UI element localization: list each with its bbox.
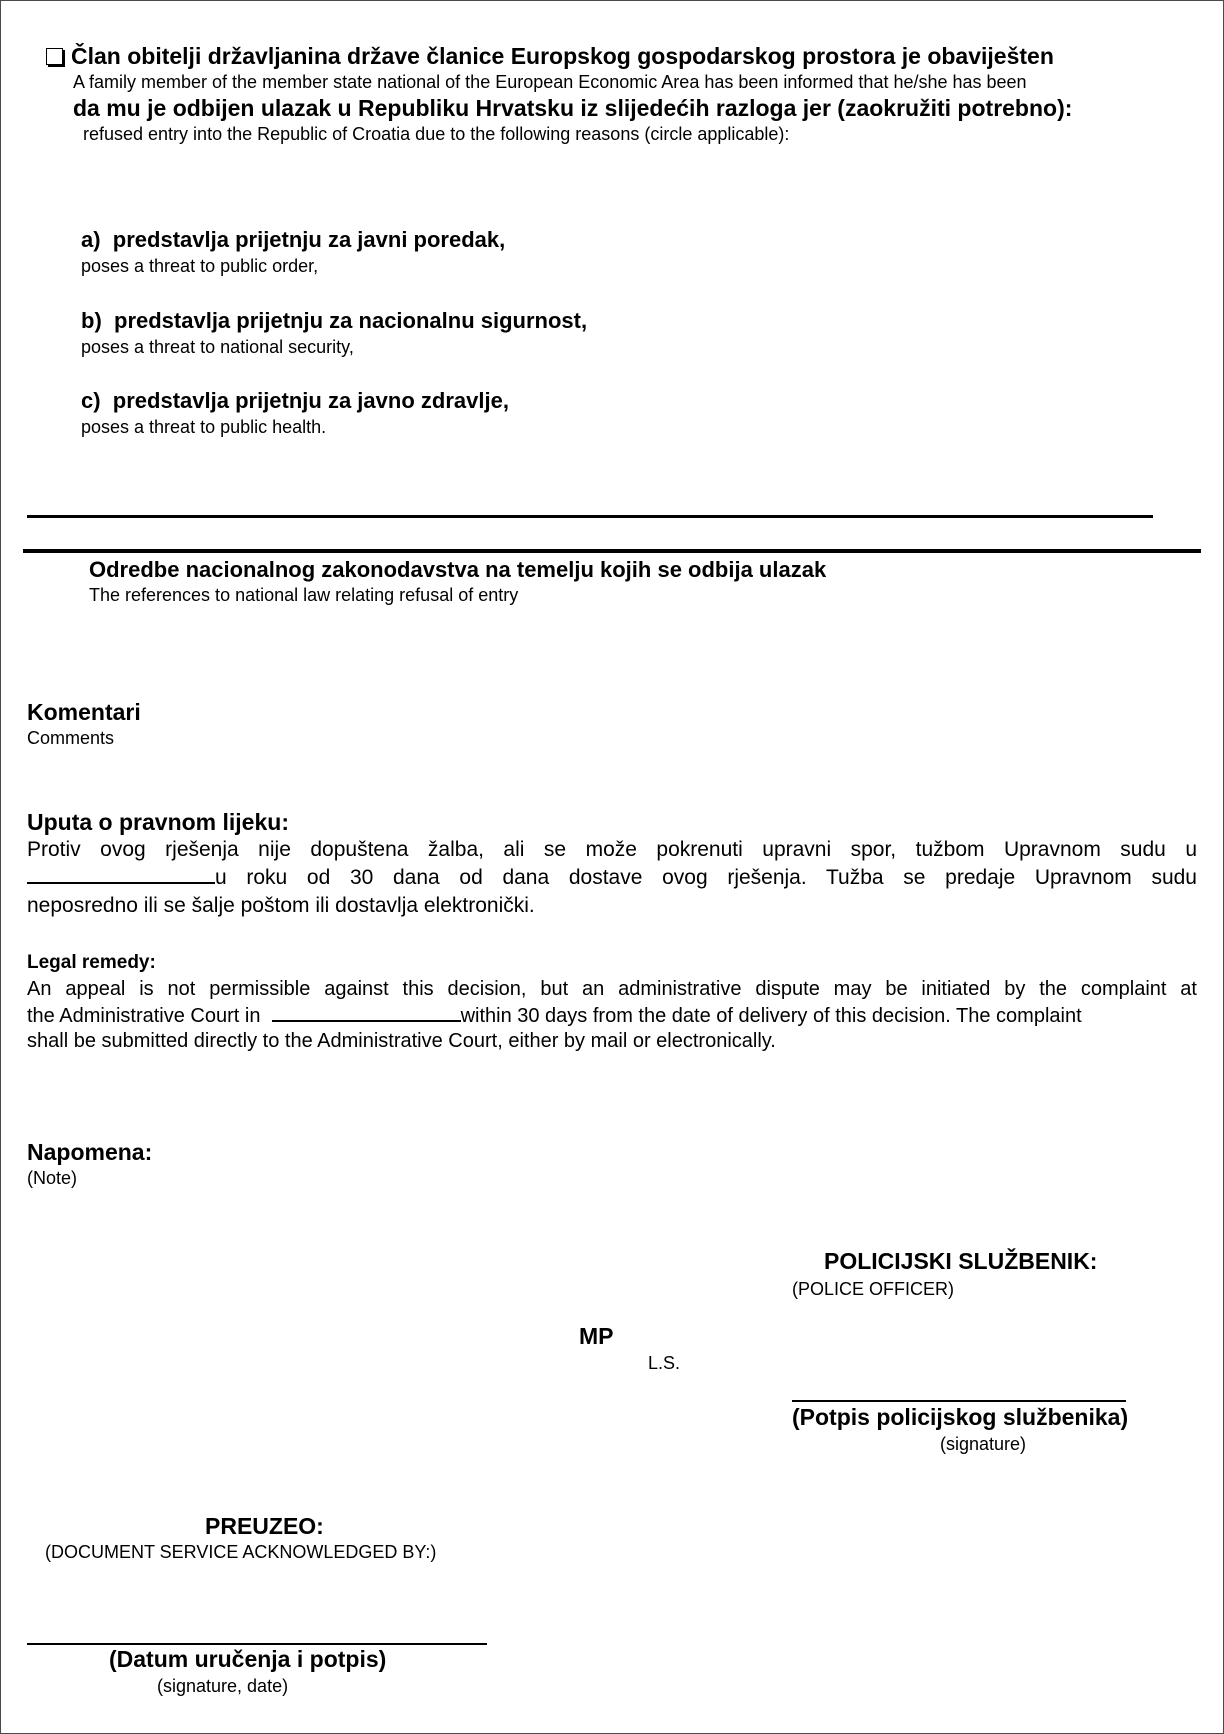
checkbox-empty-icon[interactable] [46,48,63,65]
reason-b-en: poses a threat to national security, [81,337,354,358]
legal-remedy-en-line2-before: the Administrative Court in [27,1005,260,1027]
legal-remedy-hr-title: Uputa o pravnom lijeku: [27,809,289,836]
acknowledged-title-hr: PREUZEO: [205,1513,324,1540]
reason-b-marker: b) [81,308,102,333]
separator-line-2 [23,549,1201,553]
legal-remedy-en-title: Legal remedy: [27,952,156,974]
separator-line-1 [27,515,1153,518]
legal-remedy-en-line2-after: within 30 days from the date of delivery… [461,1005,1082,1027]
reason-a-marker: a) [81,227,101,252]
court-location-blank-en[interactable] [272,1002,461,1022]
header-line2-hr: da mu je odbijen ulazak u Republiku Hrva… [73,95,1072,122]
legal-remedy-hr-text: Protiv ovog rješenja nije dopuštena žalb… [27,836,1197,920]
stamp-label-hr: MP [579,1323,614,1350]
officer-title-hr: POLICIJSKI SLUŽBENIK: [824,1248,1097,1275]
acknowledged-signature-line[interactable] [27,1643,487,1645]
reason-b-hr: predstavlja prijetnju za nacionalnu sigu… [114,308,587,333]
legal-remedy-en-line1: An appeal is not permissible against thi… [27,976,1197,1002]
reason-b[interactable]: b) predstavlja prijetnju za nacionalnu s… [81,308,587,334]
officer-title-en: (POLICE OFFICER) [792,1279,954,1300]
reason-c-marker: c) [81,388,101,413]
national-law-title-en: The references to national law relating … [89,585,518,606]
legal-remedy-en-text: An appeal is not permissible against thi… [27,976,1197,1054]
legal-remedy-en-line2: the Administrative Court in within 30 da… [27,1002,1197,1028]
header-line1-en: A family member of the member state nati… [73,72,1027,93]
legal-remedy-hr-line1: Protiv ovog rješenja nije dopuštena žalb… [27,836,1197,864]
acknowledged-signature-hr: (Datum uručenja i potpis) [109,1646,386,1673]
court-location-blank-hr[interactable] [27,864,215,884]
reason-a-en: poses a threat to public order, [81,256,318,277]
officer-signature-en: (signature) [940,1434,1026,1455]
header-line2-en: refused entry into the Republic of Croat… [83,124,789,145]
legal-remedy-hr-line3: neposredno ili se šalje poštom ili dosta… [27,892,1197,920]
reason-c-hr: predstavlja prijetnju za javno zdravlje, [113,388,509,413]
document-page: Član obitelji državljanina države članic… [0,0,1224,1734]
legal-remedy-hr-line2-text: u roku od 30 dana od dana dostave ovog r… [215,866,1197,889]
national-law-title-hr: Odredbe nacionalnog zakonodavstva na tem… [89,557,826,583]
officer-signature-hr: (Potpis policijskog službenika) [792,1404,1128,1431]
acknowledged-title-en: (DOCUMENT SERVICE ACKNOWLEDGED BY:) [45,1542,436,1563]
stamp-label-en: L.S. [648,1353,680,1374]
header-line1-hr: Član obitelji državljanina države članic… [46,43,1054,70]
note-title-hr: Napomena: [27,1139,152,1166]
reason-c-en: poses a threat to public health. [81,417,326,438]
reason-a[interactable]: a) predstavlja prijetnju za javni poreda… [81,227,505,253]
comments-title-en: Comments [27,728,114,749]
officer-signature-line[interactable] [792,1400,1126,1402]
comments-title-hr: Komentari [27,699,141,726]
note-title-en: (Note) [27,1168,77,1189]
legal-remedy-hr-line2: u roku od 30 dana od dana dostave ovog r… [27,864,1197,892]
reason-c[interactable]: c) predstavlja prijetnju za javno zdravl… [81,388,509,414]
legal-remedy-en-line3: shall be submitted directly to the Admin… [27,1028,1197,1054]
reason-a-hr: predstavlja prijetnju za javni poredak, [113,227,505,252]
header-line1-hr-text: Član obitelji državljanina države članic… [71,43,1054,69]
acknowledged-signature-en: (signature, date) [157,1676,288,1697]
